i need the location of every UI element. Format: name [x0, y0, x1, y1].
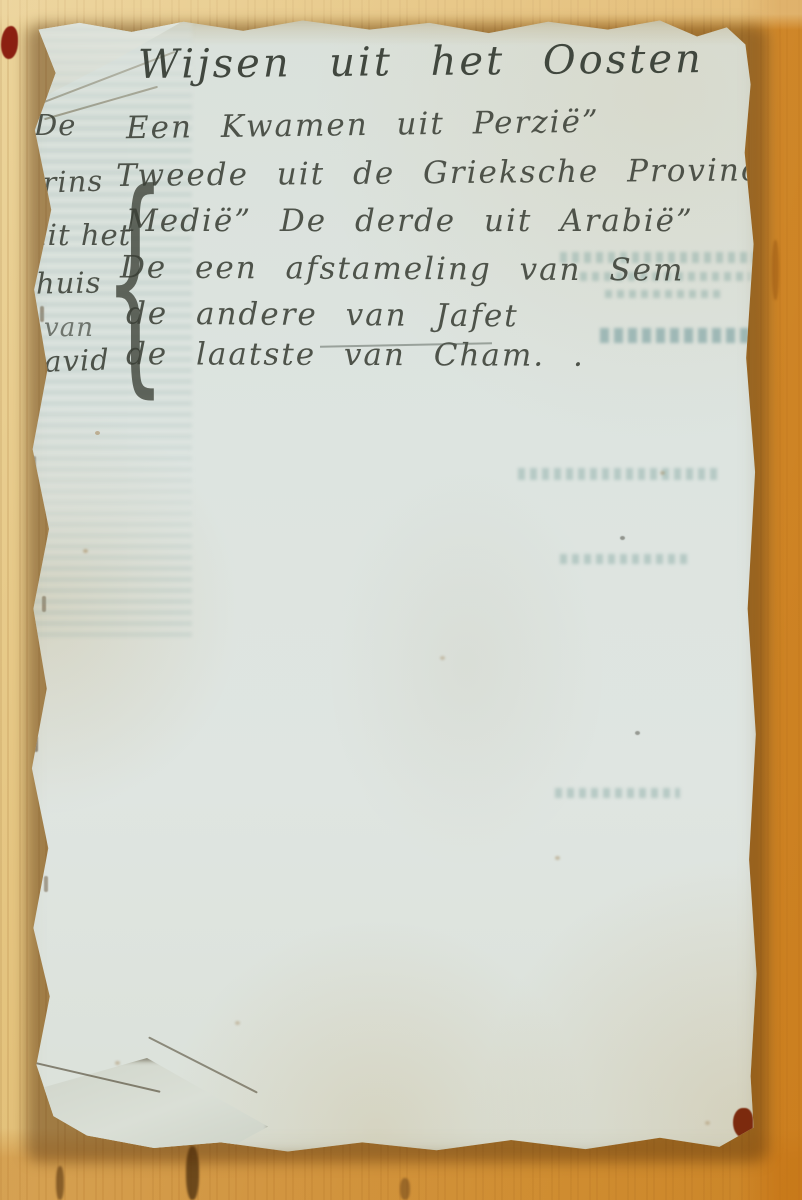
handwritten-line: Tweede uit de Grieksche Provincie: [116, 155, 793, 192]
handwritten-line: Een Kwamen uit Perzië”: [126, 107, 600, 145]
foxing-spots: [95, 431, 100, 435]
photo-scene: Wijsen uit het Oosten De Prins uit het h…: [0, 0, 802, 1200]
margin-note-word: van: [44, 315, 94, 341]
handwritten-line: de andere van Jafet: [126, 299, 519, 333]
bleed-through-text-line: [560, 554, 690, 564]
margin-note-word: huis: [36, 268, 102, 298]
bleed-through-text-line: [518, 468, 718, 480]
bleed-through-text-line: [555, 788, 680, 798]
wood-knot: [56, 1166, 64, 1200]
paper-sheet: Wijsen uit het Oosten De Prins uit het h…: [20, 16, 764, 1156]
page-title: Wijsen uit het Oosten: [138, 39, 704, 85]
wood-knot: [400, 1178, 410, 1200]
handwritten-line: Medië” De derde uit Arabië”: [126, 206, 694, 237]
bleed-through-text-line: [605, 290, 725, 298]
wood-grain-streak: [772, 240, 779, 300]
handwritten-line: De een afstameling van Sem: [120, 253, 685, 287]
margin-note-word: De: [34, 111, 76, 140]
